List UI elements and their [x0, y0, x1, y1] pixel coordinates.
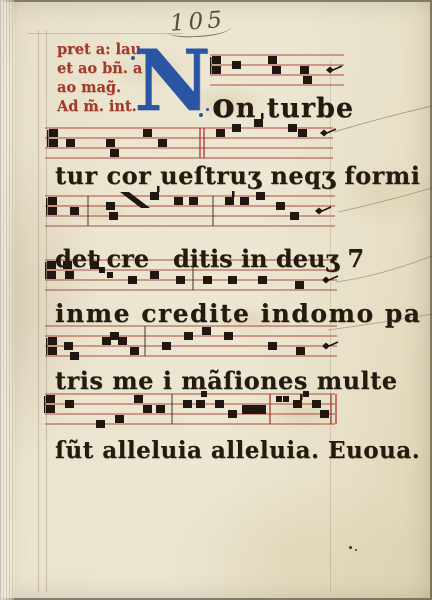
- neume-punctum: [130, 347, 139, 355]
- clef-tail: [46, 198, 47, 215]
- parchment-left-edge: [0, 0, 14, 600]
- neume-punctum: [134, 395, 143, 403]
- ink-fleck: [355, 549, 357, 551]
- neume-punctum: [158, 139, 167, 147]
- neume-punctum: [109, 212, 118, 220]
- clef-square: [48, 337, 57, 345]
- neume-punctum: [212, 66, 221, 74]
- neume-punctum: [296, 347, 305, 355]
- neume-punctum: [228, 276, 237, 284]
- clef-square: [212, 56, 221, 64]
- neume-punctum: [272, 66, 281, 74]
- chant-text-line-3a: det cre: [55, 244, 149, 273]
- neume-punctum: [312, 400, 321, 408]
- chant-text-line-6: ſũt alleluia alleluia. Euoua.: [55, 437, 420, 464]
- neume-punctum: [293, 400, 302, 408]
- neume-punctum: [128, 276, 137, 284]
- clef-square: [49, 129, 58, 137]
- clef-tail: [47, 130, 48, 147]
- neume-punctum: [290, 212, 299, 220]
- neume-punctum: [215, 400, 224, 408]
- neume-punctum: [156, 405, 165, 413]
- neume-punctum: [66, 139, 75, 147]
- neume-punctum: [268, 342, 277, 350]
- clef-square: [46, 395, 55, 403]
- neume-punctum: [176, 276, 185, 284]
- neume-punctum: [174, 197, 183, 205]
- neume-punctum: [110, 332, 119, 340]
- neume-punctum: [300, 66, 309, 74]
- neume-punctum: [225, 197, 234, 205]
- neume-punctum: [202, 327, 211, 335]
- neume-punctum: [162, 342, 171, 350]
- neume-strophicus: [242, 405, 266, 414]
- neume-punctum: [49, 139, 58, 147]
- neume-punctum: [203, 276, 212, 284]
- neume-punctum: [102, 337, 111, 345]
- neume-punctum: [196, 400, 205, 408]
- ink-fleck: [349, 546, 352, 549]
- neume-tick: [232, 191, 235, 197]
- custos-tail: [333, 66, 342, 70]
- neume-punctum: [256, 192, 265, 200]
- chant-text-line-3: det cre ditis in deuʒ 7: [55, 244, 149, 273]
- clef-tail: [44, 396, 45, 413]
- neume-punctum: [70, 352, 79, 360]
- initial-flourish-dot: [131, 56, 135, 60]
- neume-punctum: [184, 332, 193, 340]
- neume-punctum: [70, 207, 79, 215]
- neume-punctum: [276, 202, 285, 210]
- neume-punctum: [48, 347, 57, 355]
- neume-punctum: [64, 342, 73, 350]
- neume-punctum: [258, 276, 267, 284]
- neume-punctum: [96, 420, 105, 428]
- custos: [315, 208, 323, 215]
- neume-punctum: [232, 61, 241, 69]
- neume-punctum: [228, 410, 237, 418]
- clef-tail: [210, 57, 211, 74]
- neume-punctum: [303, 76, 312, 84]
- neume-punctum: [48, 207, 57, 215]
- neume-punctum: [115, 415, 124, 423]
- neume-punctum: [298, 129, 307, 137]
- neume-punctum: [106, 139, 115, 147]
- neume-punctum: [189, 197, 198, 205]
- clef-tail: [46, 338, 47, 355]
- neume-small: [276, 396, 282, 402]
- neume-punctum: [320, 410, 329, 418]
- neume-punctum: [143, 129, 152, 137]
- neume-punctum: [295, 281, 304, 289]
- neume-punctum: [240, 197, 249, 205]
- neume-punctum: [183, 400, 192, 408]
- neume-punctum: [216, 129, 225, 137]
- neume-punctum: [65, 400, 74, 408]
- neume-punctum: [106, 202, 115, 210]
- neume-punctum: [224, 332, 233, 340]
- clef-square: [48, 197, 57, 205]
- clef-tail: [45, 262, 46, 279]
- neume-punctum: [150, 192, 159, 200]
- custos: [320, 130, 328, 137]
- neume-punctum: [143, 405, 152, 413]
- custos: [326, 67, 334, 74]
- neume-punctum: [118, 337, 127, 345]
- neume-small: [283, 396, 289, 402]
- page-curl-lines: [328, 80, 432, 380]
- neume-punctum: [46, 405, 55, 413]
- neume-punctum: [150, 271, 159, 279]
- neume-punctum: [268, 56, 277, 64]
- neume-punctum: [110, 149, 119, 157]
- manuscript-page: 105 pret a: lau. et ao bñ. a ao mag̃. Ad…: [0, 0, 432, 600]
